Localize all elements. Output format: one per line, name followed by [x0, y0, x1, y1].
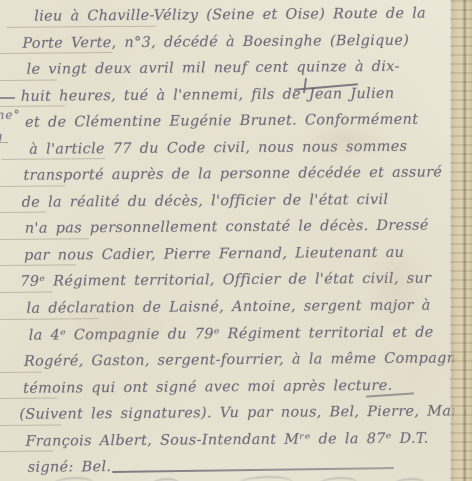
handwritten-line: (Suivent les signatures). Vu par nous, B… [19, 398, 469, 428]
handwritten-line: signé: Bel. [28, 452, 470, 481]
handwritten-line: Rogéré, Gaston, sergent-fourrier, à la m… [24, 345, 469, 375]
handwritten-line: François Albert, Sous-Intendant Mʳᵉ de l… [25, 425, 469, 455]
handwritten-line: témoins qui ont signé avec moi après lec… [23, 372, 469, 402]
handwritten-line: n'a pas personnellement constaté le décè… [25, 213, 468, 243]
handwritten-line: transporté auprès de la personne décédée… [23, 160, 467, 190]
handwritten-line: 79ᵉ Régiment territorial, Officier de l'… [20, 266, 468, 296]
handwritten-line: la 4ᵉ Compagnie du 79ᵉ Régiment territor… [29, 319, 469, 349]
margin-dash [0, 97, 15, 99]
handwritten-line: huit heures, tué à l'ennemi, fils de Jea… [21, 80, 467, 110]
handwritten-line: par nous Cadier, Pierre Fernand, Lieuten… [24, 239, 468, 269]
margin-note-fragment: me° [0, 108, 20, 122]
handwritten-line: de la réalité du décès, l'officier de l'… [22, 186, 468, 216]
handwritten-line: lieu à Chaville-Vélizy (Seine et Oise) R… [34, 0, 466, 30]
handwritten-line: la déclaration de Laisné, Antoine, serge… [26, 292, 468, 322]
handwritten-line: à l'article 77 du Code civil, nous nous … [29, 133, 467, 163]
margin-note-fragment: g [0, 130, 2, 145]
page-edge-binding-strip [450, 0, 472, 481]
handwritten-text-block: lieu à Chaville-Vélizy (Seine et Oise) R… [26, 0, 470, 481]
register-page-scan: lieu à Chaville-Vélizy (Seine et Oise) R… [0, 0, 472, 481]
handwritten-line: et de Clémentine Eugénie Brunet. Conform… [25, 106, 467, 136]
handwritten-line: le vingt deux avril mil neuf cent quinze… [27, 53, 467, 83]
handwritten-line: Porte Verte, n°3, décédé à Boesinghe (Be… [22, 27, 466, 57]
